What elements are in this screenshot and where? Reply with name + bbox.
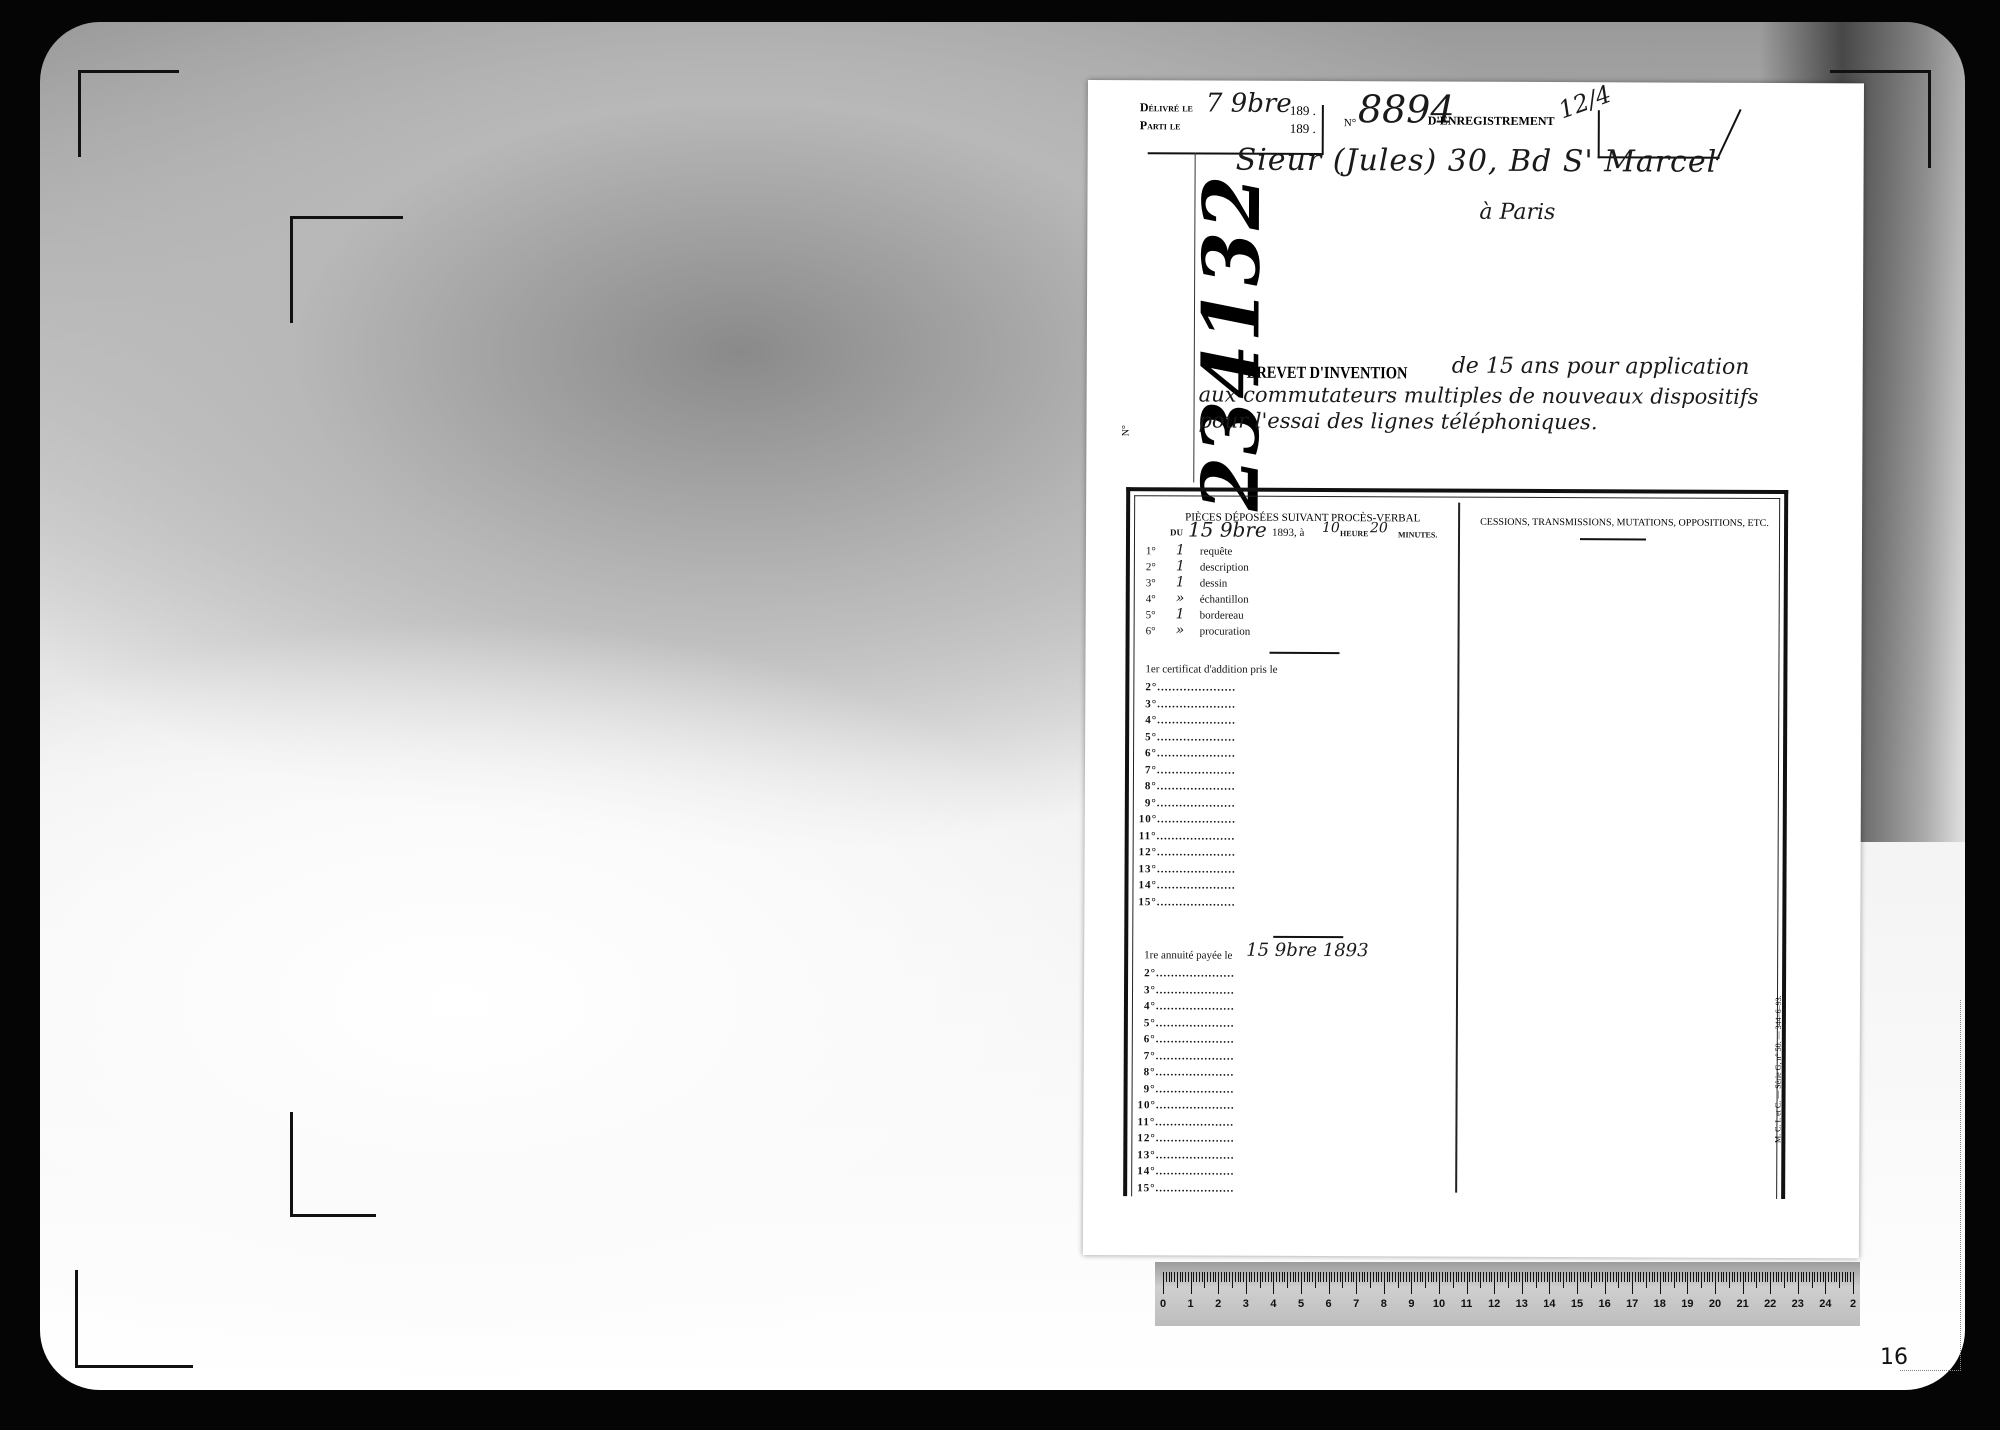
dotted-entry: 2°.....................: [1144, 967, 1235, 979]
ruler-tick: [1555, 1272, 1556, 1282]
dotted-entry: 14°.....................: [1137, 1165, 1234, 1177]
ruler-tick: [1315, 1272, 1316, 1288]
margin-numero-mark: N°: [1121, 425, 1132, 436]
dotted-row: 4°.....................: [1130, 491, 1784, 494]
dotted-row: 9°.....................: [1130, 491, 1784, 494]
ruler-label: 10: [1433, 1298, 1445, 1310]
ruler-tick: [1450, 1272, 1451, 1282]
dotted-row: 5°.....................: [1130, 491, 1784, 494]
ruler-tick: [1552, 1272, 1553, 1282]
ruler-tick: [1428, 1272, 1429, 1282]
du-value: 15 9bre: [1188, 517, 1267, 541]
dotted-row: 13°.....................: [1130, 491, 1784, 494]
hour-value: 10: [1322, 520, 1340, 536]
crop-mark-inner-top-left: [290, 216, 403, 323]
ruler-tick: [1320, 1272, 1321, 1282]
ruler-tick: [1387, 1272, 1388, 1282]
piece-count: »: [1176, 590, 1185, 606]
ruler-label: 2: [1850, 1298, 1856, 1310]
ruler-tick: [1469, 1272, 1470, 1282]
ruler-tick: [1348, 1272, 1349, 1282]
piece-label: bordereau: [1200, 609, 1244, 621]
ruler-tick: [1226, 1272, 1227, 1282]
ruler-tick: [1803, 1272, 1804, 1282]
ruler-tick: [1204, 1272, 1205, 1288]
parti-label: Parti le: [1140, 118, 1181, 133]
ruler-tick: [1420, 1272, 1421, 1282]
ruler-tick: [1279, 1272, 1280, 1282]
ruler-tick: [1687, 1272, 1688, 1294]
ruler-tick: [1180, 1272, 1181, 1282]
ruler-tick: [1309, 1272, 1310, 1282]
ruler-tick: [1544, 1272, 1545, 1282]
dotted-row: 7°.....................: [1130, 491, 1784, 494]
ruler-tick: [1329, 1272, 1330, 1294]
ruler-tick: [1166, 1272, 1167, 1282]
ruler-tick: [1709, 1272, 1710, 1282]
piece-number: 2°: [1146, 561, 1156, 573]
ruler-tick: [1591, 1272, 1592, 1288]
ruler-tick: [1334, 1272, 1335, 1282]
ruler-tick: [1169, 1272, 1170, 1282]
piece-number: 3°: [1146, 577, 1156, 589]
ruler-tick: [1207, 1272, 1208, 1282]
dotted-row: 2°.....................: [1130, 491, 1784, 494]
ruler-tick: [1751, 1272, 1752, 1282]
ruler-tick: [1265, 1272, 1266, 1282]
ruler-tick: [1287, 1272, 1288, 1288]
ruler-tick: [1682, 1272, 1683, 1282]
ruler-tick: [1778, 1272, 1779, 1282]
ruler-tick: [1847, 1272, 1848, 1282]
dotted-entry: 13°.....................: [1139, 863, 1236, 875]
cessions-underline: [1580, 538, 1646, 540]
dotted-entry: 4°.....................: [1145, 714, 1236, 726]
patent-register-sheet: Délivré le Parti le 7 9bre 189 . 189 . N…: [1083, 80, 1864, 1258]
ruler-tick: [1257, 1272, 1258, 1282]
dotted-entry: 7°.....................: [1144, 1050, 1235, 1062]
ruler-tick: [1342, 1272, 1343, 1288]
ruler-tick: [1629, 1272, 1630, 1282]
ruler-tick: [1425, 1272, 1426, 1288]
ruler-tick: [1635, 1272, 1636, 1282]
ruler-tick: [1599, 1272, 1600, 1282]
ruler-tick: [1602, 1272, 1603, 1282]
ruler-tick: [1660, 1272, 1661, 1294]
ruler-tick: [1737, 1272, 1738, 1282]
ruler-tick: [1549, 1272, 1550, 1294]
ruler-tick: [1519, 1272, 1520, 1282]
applicant-line-1: Sieur (Jules) 30, Bd S' Marcel: [1236, 143, 1718, 180]
ruler-tick: [1541, 1272, 1542, 1282]
ruler-tick: [1762, 1272, 1763, 1282]
ruler-label: 7: [1353, 1298, 1359, 1310]
ruler-tick: [1505, 1272, 1506, 1282]
ruler-tick: [1467, 1272, 1468, 1294]
ruler-tick: [1715, 1272, 1716, 1294]
ruler-tick: [1613, 1272, 1614, 1282]
page-number: 16: [1880, 1345, 1908, 1370]
ruler-label: 0: [1160, 1298, 1166, 1310]
ruler-tick: [1621, 1272, 1622, 1282]
ruler-tick: [1356, 1272, 1357, 1294]
ruler-tick: [1414, 1272, 1415, 1282]
ruler-tick: [1502, 1272, 1503, 1282]
piece-count: 1: [1176, 574, 1185, 590]
ruler-tick: [1704, 1272, 1705, 1282]
ruler-tick: [1163, 1272, 1164, 1294]
dotted-row: 12°.....................: [1130, 491, 1784, 494]
title-printed: BREVET D'INVENTION: [1247, 363, 1408, 384]
delivre-label: Délivré le: [1140, 100, 1193, 115]
register-frame: PIÈCES DÉPOSÉES SUIVANT PROCÈS-VERBAL DU…: [1123, 487, 1788, 1199]
dotted-row: 10°.....................: [1130, 491, 1784, 494]
ruler-tick: [1792, 1272, 1793, 1282]
ruler-label: 23: [1792, 1298, 1804, 1310]
ruler-tick: [1215, 1272, 1216, 1282]
piece-row: 5°1bordereau: [1130, 491, 1784, 494]
ruler-tick: [1337, 1272, 1338, 1282]
ruler-tick: [1177, 1272, 1178, 1288]
column-divider: [1455, 503, 1460, 1193]
ruler-tick: [1693, 1272, 1694, 1282]
ruler-tick: [1784, 1272, 1785, 1288]
dotted-entry: 9°.....................: [1145, 797, 1236, 809]
dotted-entry: 2°.....................: [1145, 681, 1236, 693]
ruler-tick: [1199, 1272, 1200, 1282]
dotted-entry: 15°.....................: [1138, 896, 1235, 908]
ruler-tick: [1781, 1272, 1782, 1282]
ruler-tick: [1533, 1272, 1534, 1282]
ruler-tick: [1514, 1272, 1515, 1282]
ruler-tick: [1707, 1272, 1708, 1282]
ruler-tick: [1754, 1272, 1755, 1282]
ruler-tick: [1268, 1272, 1269, 1282]
ruler-label: 3: [1243, 1298, 1249, 1310]
ruler-tick: [1726, 1272, 1727, 1282]
ruler-tick: [1536, 1272, 1537, 1288]
crop-mark-bottom-right: [1900, 1000, 1961, 1371]
ruler-tick: [1376, 1272, 1377, 1282]
ruler-tick: [1436, 1272, 1437, 1282]
ruler-tick: [1276, 1272, 1277, 1282]
ruler-tick: [1718, 1272, 1719, 1282]
dotted-row: 6°.....................: [1130, 491, 1784, 494]
ruler-tick: [1580, 1272, 1581, 1282]
ruler-tick: [1654, 1272, 1655, 1282]
ruler-tick: [1378, 1272, 1379, 1282]
ruler-tick: [1610, 1272, 1611, 1282]
ruler-tick: [1370, 1272, 1371, 1288]
ruler-tick: [1290, 1272, 1291, 1282]
dotted-entry: 3°.....................: [1145, 698, 1236, 710]
dotted-row: 12°.....................: [1130, 491, 1784, 494]
ruler-tick: [1698, 1272, 1699, 1282]
ruler-tick: [1500, 1272, 1501, 1282]
ruler-tick: [1392, 1272, 1393, 1282]
ruler-tick: [1494, 1272, 1495, 1294]
applicant-line-2: à Paris: [1479, 200, 1555, 225]
piece-number: 6°: [1146, 625, 1156, 637]
ruler-tick: [1690, 1272, 1691, 1282]
dotted-row: 11°.....................: [1130, 491, 1784, 494]
dotted-row: 5°.....................: [1130, 491, 1784, 494]
ruler-tick: [1318, 1272, 1319, 1282]
dotted-row: 13°.....................: [1130, 491, 1784, 494]
ruler-tick: [1243, 1272, 1244, 1282]
scale-ruler: 0123456789101112131415161718192021222324…: [1155, 1262, 1860, 1326]
title-handwritten-2: aux commutateurs multiples de nouveaux d…: [1199, 382, 1759, 408]
ruler-tick: [1475, 1272, 1476, 1282]
ruler-tick: [1323, 1272, 1324, 1282]
ruler-tick: [1254, 1272, 1255, 1282]
ruler-tick: [1765, 1272, 1766, 1282]
ruler-tick: [1406, 1272, 1407, 1282]
ruler-tick: [1282, 1272, 1283, 1282]
ruler-label: 17: [1626, 1298, 1638, 1310]
ruler-tick: [1400, 1272, 1401, 1282]
ruler-tick: [1770, 1272, 1771, 1294]
dotted-entry: 6°.....................: [1145, 747, 1236, 759]
dotted-entry: 13°.....................: [1137, 1149, 1234, 1161]
ruler-tick: [1307, 1272, 1308, 1282]
annuite-value: 15 9bre 1893: [1246, 940, 1368, 962]
ruler-tick: [1558, 1272, 1559, 1282]
ruler-tick: [1834, 1272, 1835, 1282]
dotted-entry: 12°.....................: [1137, 1132, 1234, 1144]
dotted-row: 8°.....................: [1130, 491, 1784, 494]
ruler-tick: [1191, 1272, 1192, 1294]
dotted-row: 4°.....................: [1130, 491, 1784, 494]
ruler-tick: [1671, 1272, 1672, 1282]
ruler-tick: [1284, 1272, 1285, 1282]
ruler-tick: [1596, 1272, 1597, 1282]
year-1: 189 .: [1290, 103, 1316, 119]
ruler-label: 18: [1654, 1298, 1666, 1310]
dotted-row: 14°.....................: [1130, 491, 1784, 494]
ruler-tick: [1461, 1272, 1462, 1282]
ruler-tick: [1657, 1272, 1658, 1282]
ruler-tick: [1464, 1272, 1465, 1282]
ruler-tick: [1745, 1272, 1746, 1282]
ruler-tick: [1251, 1272, 1252, 1282]
ruler-tick: [1712, 1272, 1713, 1282]
crop-mark-inner-bottom-left: [290, 1112, 376, 1217]
ruler-tick: [1820, 1272, 1821, 1282]
ruler-tick: [1213, 1272, 1214, 1282]
ruler-tick: [1478, 1272, 1479, 1282]
ruler-tick: [1445, 1272, 1446, 1282]
certificat-first: 1er certificat d'addition pris le: [1145, 663, 1277, 676]
piece-label: description: [1200, 561, 1249, 573]
dotted-entry: 10°.....................: [1139, 813, 1236, 825]
ruler-tick: [1547, 1272, 1548, 1282]
ruler-label: 6: [1326, 1298, 1332, 1310]
ruler-label: 8: [1381, 1298, 1387, 1310]
ruler-tick: [1663, 1272, 1664, 1282]
ruler-tick: [1569, 1272, 1570, 1282]
ruler-tick: [1411, 1272, 1412, 1294]
dotted-entry: 15°.....................: [1137, 1182, 1234, 1194]
ruler-tick: [1525, 1272, 1526, 1282]
ruler-tick: [1442, 1272, 1443, 1282]
ruler-tick: [1403, 1272, 1404, 1282]
ruler-tick: [1618, 1272, 1619, 1288]
dotted-row: 8°.....................: [1130, 491, 1784, 494]
ruler-tick: [1616, 1272, 1617, 1282]
ruler-tick: [1417, 1272, 1418, 1282]
ruler-tick: [1516, 1272, 1517, 1282]
dotted-entry: 11°.....................: [1137, 1116, 1234, 1128]
ruler-tick: [1398, 1272, 1399, 1288]
ruler-tick: [1456, 1272, 1457, 1282]
ruler-tick: [1585, 1272, 1586, 1282]
ruler-tick: [1331, 1272, 1332, 1282]
ruler-tick: [1759, 1272, 1760, 1282]
certificats-list: 2°.....................3°...............…: [1130, 491, 1784, 494]
ruler-tick: [1566, 1272, 1567, 1282]
du-label: DU: [1170, 527, 1183, 537]
ruler-tick: [1646, 1272, 1647, 1288]
annuite-overline: [1273, 936, 1343, 938]
dotted-entry: 9°.....................: [1144, 1083, 1235, 1095]
piece-number: 5°: [1146, 609, 1156, 621]
ruler-tick: [1574, 1272, 1575, 1282]
dotted-entry: 7°.....................: [1145, 764, 1236, 776]
ruler-tick: [1530, 1272, 1531, 1282]
dotted-entry: 6°.....................: [1144, 1033, 1235, 1045]
ruler-tick: [1312, 1272, 1313, 1282]
ruler-tick: [1395, 1272, 1396, 1282]
year-2: 189 .: [1290, 121, 1316, 137]
ruler-tick: [1260, 1272, 1261, 1288]
minutes-label: MINUTES.: [1398, 530, 1437, 539]
ruler-tick: [1362, 1272, 1363, 1282]
ruler-tick: [1836, 1272, 1837, 1282]
ruler-tick: [1632, 1272, 1633, 1294]
annuite-first: 1re annuité payée le: [1144, 949, 1232, 961]
ruler-tick: [1845, 1272, 1846, 1282]
dotted-entry: 3°.....................: [1144, 984, 1235, 996]
title-handwritten-1: de 15 ans pour application: [1452, 354, 1750, 380]
ruler-tick: [1486, 1272, 1487, 1282]
ruler-tick: [1676, 1272, 1677, 1282]
ruler-tick: [1649, 1272, 1650, 1282]
title-handwritten-3: pour l'essai des lignes téléphoniques.: [1198, 408, 1597, 434]
ruler-tick: [1491, 1272, 1492, 1282]
ruler-tick: [1345, 1272, 1346, 1282]
ruler-tick: [1828, 1272, 1829, 1282]
crop-mark-top-left: [78, 70, 179, 157]
ruler-label: 11: [1461, 1298, 1473, 1310]
piece-label: requête: [1200, 545, 1232, 557]
ruler-tick: [1795, 1272, 1796, 1282]
ruler-label: 14: [1543, 1298, 1555, 1310]
ruler-tick: [1235, 1272, 1236, 1282]
ruler-tick: [1229, 1272, 1230, 1282]
ruler-tick: [1850, 1272, 1851, 1282]
ruler-tick: [1825, 1272, 1826, 1294]
ruler-tick: [1668, 1272, 1669, 1282]
ruler-tick: [1271, 1272, 1272, 1282]
ruler-tick: [1812, 1272, 1813, 1288]
ruler-tick: [1814, 1272, 1815, 1282]
ruler-tick: [1458, 1272, 1459, 1282]
dotted-entry: 8°.....................: [1145, 780, 1236, 792]
dotted-entry: 8°.....................: [1144, 1066, 1235, 1078]
ruler-tick: [1809, 1272, 1810, 1282]
ruler-tick: [1196, 1272, 1197, 1282]
ruler-tick: [1188, 1272, 1189, 1282]
ruler-tick: [1326, 1272, 1327, 1282]
ruler-tick: [1571, 1272, 1572, 1282]
piece-count: 1: [1176, 558, 1185, 574]
year-time: 1893, à: [1272, 527, 1304, 539]
ruler-label: 24: [1819, 1298, 1831, 1310]
ruler-tick: [1373, 1272, 1374, 1282]
piece-count: 1: [1176, 606, 1185, 622]
ruler-tick: [1801, 1272, 1802, 1282]
ruler-tick: [1511, 1272, 1512, 1282]
ruler-tick: [1171, 1272, 1172, 1282]
pieces-heading: PIÈCES DÉPOSÉES SUIVANT PROCÈS-VERBAL: [1185, 511, 1420, 524]
ruler-tick: [1293, 1272, 1294, 1282]
ruler-tick: [1665, 1272, 1666, 1282]
ruler-tick: [1364, 1272, 1365, 1282]
ruler-tick: [1605, 1272, 1606, 1294]
ruler-tick: [1483, 1272, 1484, 1282]
ruler-tick: [1453, 1272, 1454, 1288]
ruler-tick: [1638, 1272, 1639, 1282]
piece-label: dessin: [1200, 577, 1228, 589]
dotted-row: 3°.....................: [1130, 491, 1784, 494]
ruler-tick: [1431, 1272, 1432, 1282]
hour-label: HEURE: [1340, 529, 1368, 538]
ruler-label: 12: [1488, 1298, 1500, 1310]
ruler-tick: [1224, 1272, 1225, 1282]
dotted-row: 15°.....................: [1130, 491, 1784, 494]
ruler-tick: [1701, 1272, 1702, 1288]
ruler-tick: [1640, 1272, 1641, 1282]
ruler-tick: [1790, 1272, 1791, 1282]
piece-count: »: [1176, 622, 1185, 638]
ruler-label: 1: [1188, 1298, 1194, 1310]
piece-count: 1: [1176, 542, 1185, 558]
piece-number: 1°: [1146, 545, 1156, 557]
dotted-entry: 4°.....................: [1144, 1000, 1235, 1012]
ruler-label: 16: [1598, 1298, 1610, 1310]
ruler-tick: [1232, 1272, 1233, 1288]
ruler-label: 22: [1764, 1298, 1776, 1310]
ruler-tick: [1740, 1272, 1741, 1282]
ruler-tick: [1773, 1272, 1774, 1282]
ruler-tick: [1527, 1272, 1528, 1282]
ruler-tick: [1367, 1272, 1368, 1282]
ruler-tick: [1732, 1272, 1733, 1282]
ruler-tick: [1723, 1272, 1724, 1282]
ruler-label: 5: [1298, 1298, 1304, 1310]
ruler-tick: [1776, 1272, 1777, 1282]
ruler-tick: [1823, 1272, 1824, 1282]
ruler-tick: [1679, 1272, 1680, 1282]
ruler-tick: [1627, 1272, 1628, 1282]
ruler-tick: [1301, 1272, 1302, 1294]
ruler-tick: [1218, 1272, 1219, 1294]
ruler-tick: [1433, 1272, 1434, 1282]
ruler-tick: [1472, 1272, 1473, 1282]
dotted-row: 7°.....................: [1130, 491, 1784, 494]
ruler-tick: [1538, 1272, 1539, 1282]
